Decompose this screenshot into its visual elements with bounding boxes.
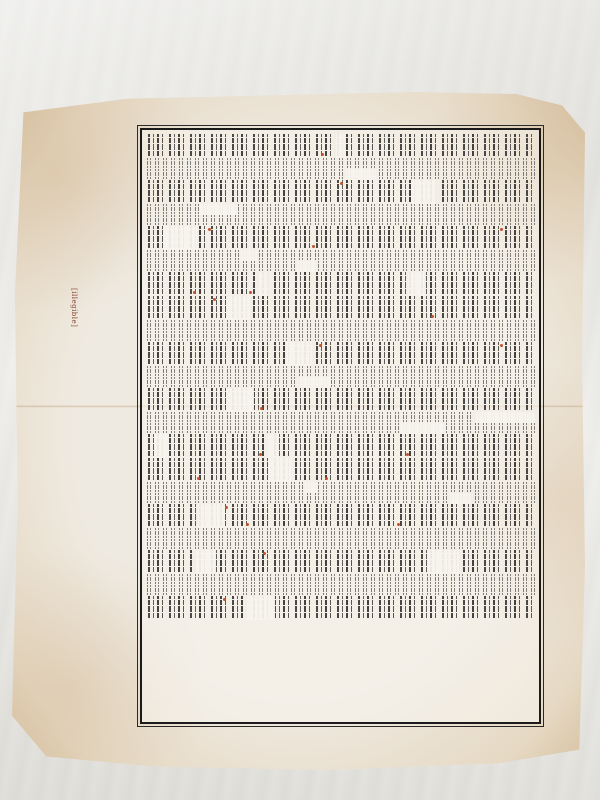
blank-space [299, 377, 331, 388]
glyph-run [146, 377, 535, 388]
commentary-line [146, 493, 535, 504]
punctuation-dot [246, 523, 249, 526]
punctuation-dot [249, 291, 252, 294]
punctuation-dot [225, 506, 228, 509]
punctuation-dot [223, 598, 226, 601]
glyph-run [146, 539, 535, 550]
blank-space [226, 388, 254, 412]
commentary-line [146, 423, 535, 434]
glyph-run [146, 458, 535, 482]
main-text-line [146, 550, 535, 574]
blank-space [241, 250, 257, 261]
blank-space [163, 226, 197, 250]
commentary-line [146, 528, 535, 539]
glyph-run [146, 342, 535, 366]
blank-space [286, 342, 312, 366]
commentary-line [146, 158, 535, 169]
punctuation-dot [197, 477, 200, 480]
blank-space [400, 423, 444, 434]
glyph-run [146, 585, 535, 596]
margin-mark: [illegible] [70, 288, 78, 327]
glyph-run [146, 388, 535, 412]
glyph-run [146, 226, 535, 250]
punctuation-dot [260, 407, 263, 410]
commentary-line [146, 412, 535, 423]
main-text-line [146, 180, 535, 204]
printed-text-block: illegible at this resolution — character… [140, 128, 541, 724]
punctuation-dot [397, 523, 400, 526]
blank-space [268, 458, 291, 482]
glyph-run [146, 158, 535, 169]
glyph-run [146, 434, 535, 458]
punctuation-dot [319, 344, 322, 347]
punctuation-dot [325, 477, 328, 480]
glyph-run [146, 261, 535, 272]
glyph-run [146, 320, 535, 331]
commentary-line [146, 377, 535, 388]
aged-page: [illegible] [illegible marginal inscript… [12, 92, 585, 770]
commentary-line [146, 482, 535, 493]
blank-space [428, 550, 459, 574]
main-text-line [146, 434, 535, 458]
text-lines [146, 134, 535, 718]
punctuation-dot [263, 552, 266, 555]
punctuation-dot [193, 291, 196, 294]
commentary-line [146, 204, 535, 215]
commentary-line [146, 261, 535, 272]
text-legibility-note: illegible at this resolution — character… [142, 130, 143, 131]
glyph-run [146, 493, 535, 504]
punctuation-dot [213, 298, 216, 301]
blank-space [246, 596, 275, 620]
blank-space [226, 296, 250, 320]
commentary-line [146, 366, 535, 377]
glyph-run [146, 296, 535, 320]
main-text-line [146, 504, 535, 528]
main-text-line [146, 342, 535, 366]
commentary-line [146, 320, 535, 331]
blank-space [258, 272, 268, 296]
punctuation-dot [431, 315, 434, 318]
glyph-run [146, 215, 535, 226]
glyph-run [146, 596, 535, 620]
glyph-run [146, 574, 535, 585]
glyph-run [146, 528, 535, 539]
glyph-run [146, 169, 535, 180]
content-summary: Main text lines in large characters alte… [142, 130, 143, 131]
blank-space [195, 550, 215, 574]
main-text-line [146, 134, 535, 158]
margin-text: [illegible marginal inscription] [77, 327, 78, 328]
main-text-line [146, 272, 535, 296]
glyph-run [146, 423, 535, 434]
commentary-line [146, 331, 535, 342]
commentary-line [146, 250, 535, 261]
blank-space [198, 504, 225, 528]
commentary-line [146, 169, 535, 180]
punctuation-dot [312, 245, 315, 248]
glyph-run [146, 331, 535, 342]
punctuation-dot [321, 153, 324, 156]
blank-space [305, 482, 318, 493]
commentary-line [146, 215, 535, 226]
blank-space [411, 180, 436, 204]
margin-inscription: [illegible] [illegible marginal inscript… [70, 288, 78, 327]
main-text-line [146, 226, 535, 250]
glyph-run [146, 250, 535, 261]
glyph-run [146, 482, 535, 493]
punctuation-dot [340, 182, 343, 185]
commentary-line [146, 539, 535, 550]
blank-space [267, 434, 279, 458]
main-text-line [146, 388, 535, 412]
glyph-run [146, 272, 535, 296]
blank-space [199, 204, 238, 215]
punctuation-dot [500, 344, 503, 347]
commentary-line [146, 574, 535, 585]
commentary-line [146, 585, 535, 596]
punctuation-dot [208, 228, 211, 231]
glyph-run [146, 366, 535, 377]
punctuation-dot [259, 453, 262, 456]
blank-space [475, 412, 535, 423]
main-text-line [146, 596, 535, 620]
blank-space [450, 493, 471, 504]
blank-space [336, 134, 345, 158]
punctuation-dot [406, 453, 409, 456]
punctuation-dot [500, 228, 503, 231]
blank-space [346, 169, 376, 180]
main-text-line [146, 296, 535, 320]
blank-space [154, 434, 169, 458]
blank-space [297, 261, 316, 272]
blank-space [408, 272, 424, 296]
main-text-line [146, 458, 535, 482]
